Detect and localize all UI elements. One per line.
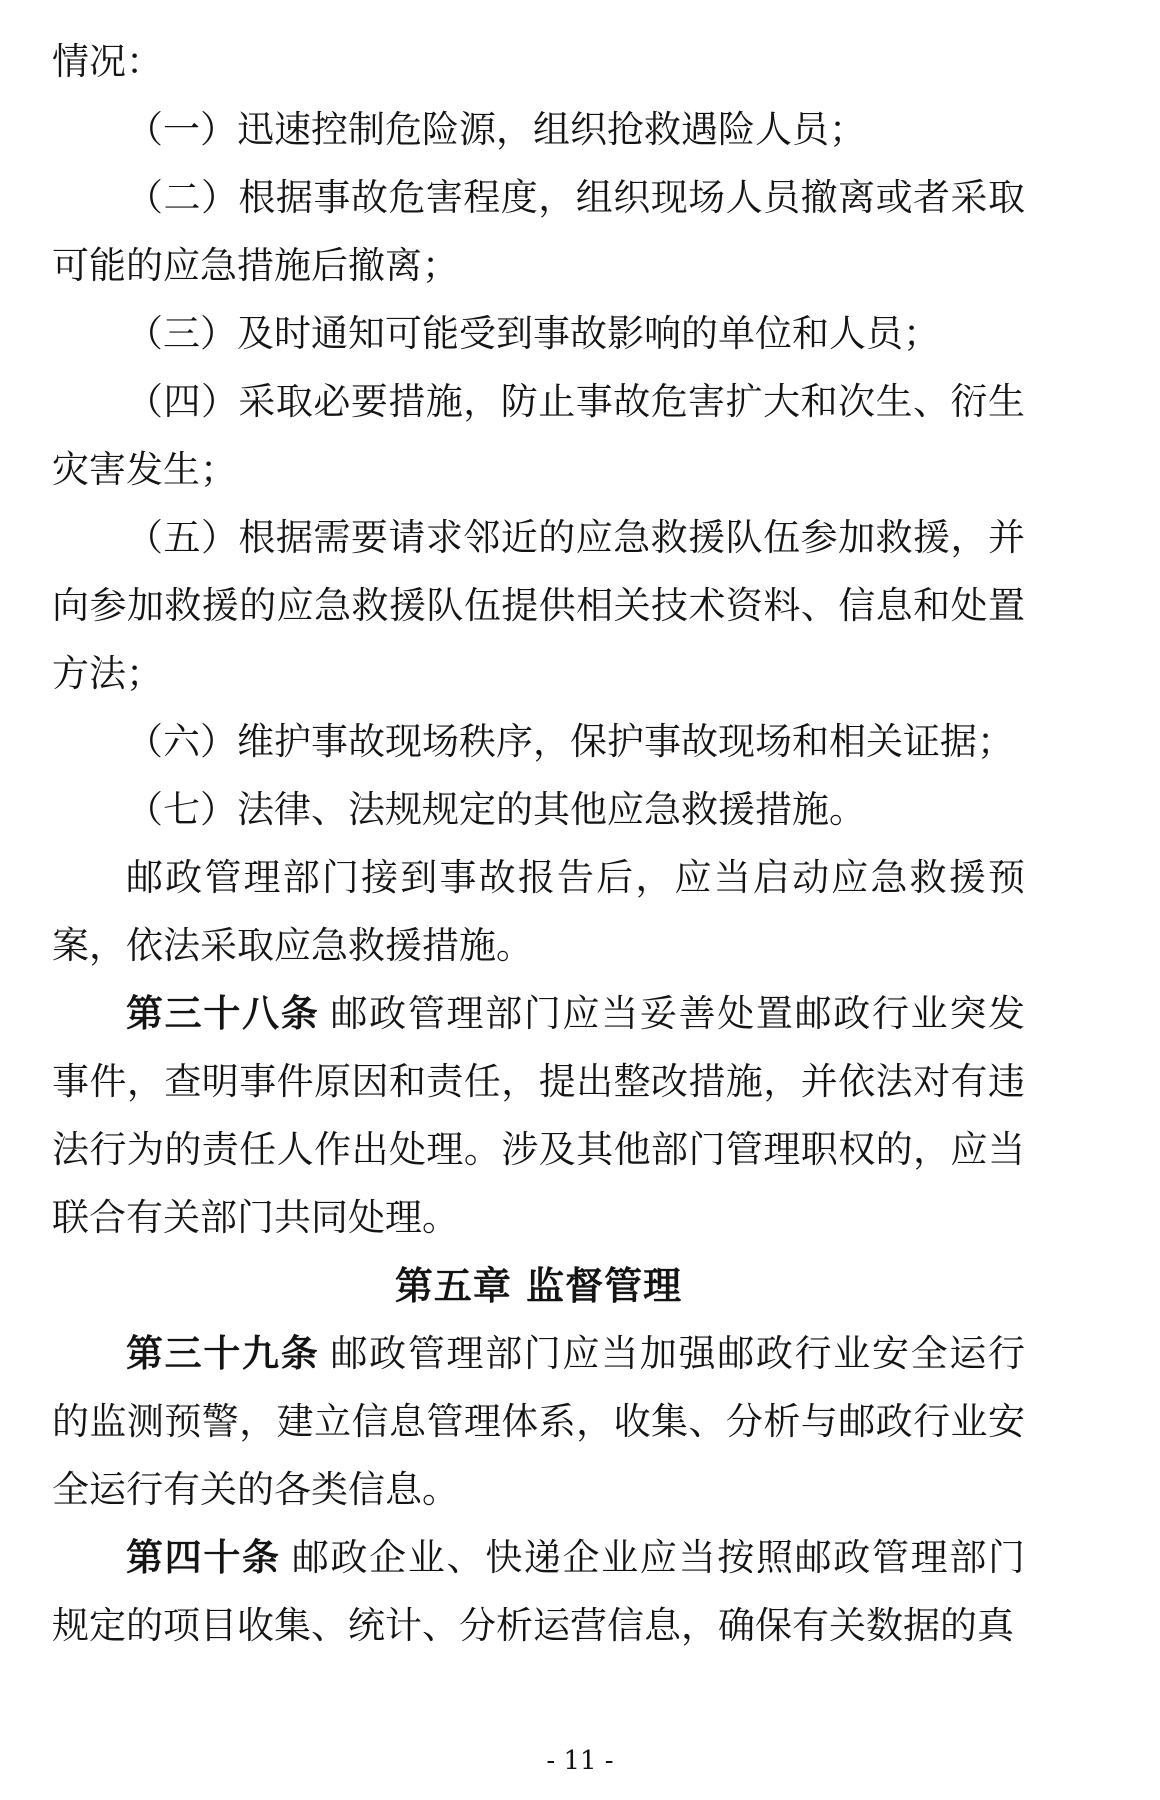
document-content: 情况：（一）迅速控制危险源，组织抢救遇险人员；（二）根据事故危害程度，组织现场人… [52,28,1025,1660]
article-number-label: 第三十九条 [126,1332,330,1375]
body-paragraph: （五）根据需要请求邻近的应急救援队伍参加救援，并向参加救援的应急救援队伍提供相关… [52,504,1025,708]
article-paragraph: 第四十条邮政企业、快递企业应当按照邮政管理部门规定的项目收集、统计、分析运营信息… [52,1524,1025,1660]
chapter-heading: 第五章 监督管理 [52,1252,1025,1320]
article-number-label: 第四十条 [126,1536,292,1579]
body-paragraph: （六）维护事故现场秩序，保护事故现场和相关证据； [52,708,1025,776]
body-paragraph: （一）迅速控制危险源，组织抢救遇险人员； [52,96,1025,164]
page-footer: - 11 - [0,1746,1160,1776]
body-paragraph: （三）及时通知可能受到事故影响的单位和人员； [52,300,1025,368]
article-paragraph: 第三十八条邮政管理部门应当妥善处置邮政行业突发事件，查明事件原因和责任，提出整改… [52,980,1025,1252]
body-paragraph: （七）法律、法规规定的其他应急救援措施。 [52,776,1025,844]
body-paragraph: （二）根据事故危害程度，组织现场人员撤离或者采取可能的应急措施后撤离； [52,164,1025,300]
body-paragraph: （四）采取必要措施，防止事故危害扩大和次生、衍生灾害发生； [52,368,1025,504]
page-number: - 11 - [546,1746,613,1776]
article-number-label: 第三十八条 [126,992,330,1035]
body-paragraph: 情况： [52,28,1025,96]
body-paragraph: 邮政管理部门接到事故报告后，应当启动应急救援预案，依法采取应急救援措施。 [52,844,1025,980]
document-page: 情况：（一）迅速控制危险源，组织抢救遇险人员；（二）根据事故危害程度，组织现场人… [0,0,1160,1800]
article-paragraph: 第三十九条邮政管理部门应当加强邮政行业安全运行的监测预警，建立信息管理体系，收集… [52,1320,1025,1524]
